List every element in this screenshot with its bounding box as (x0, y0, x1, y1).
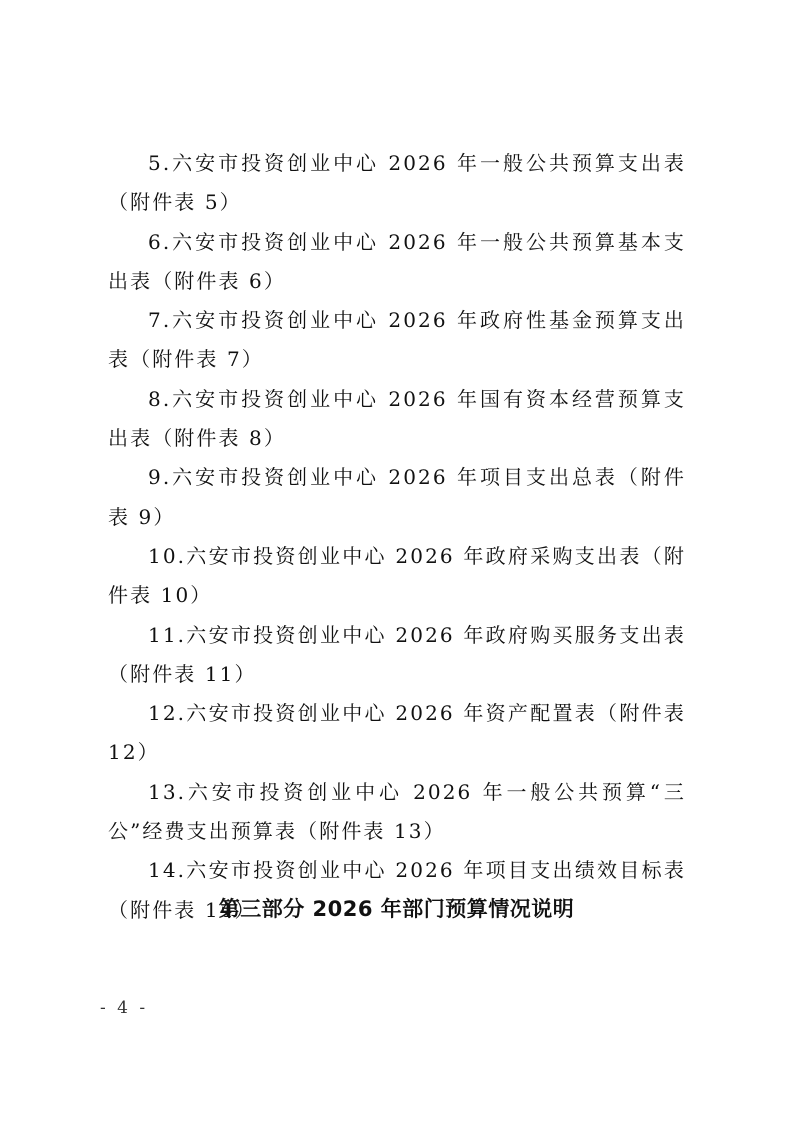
attachment-list: 5.六安市投资创业中心 2026 年一般公共预算支出表（附件表 5） 6.六安市… (108, 144, 686, 930)
list-item: 11.六安市投资创业中心 2026 年政府购买服务支出表（附件表 11） (108, 616, 686, 695)
list-item: 8.六安市投资创业中心 2026 年国有资本经营预算支出表（附件表 8） (108, 380, 686, 459)
list-item: 12.六安市投资创业中心 2026 年资产配置表（附件表 12） (108, 694, 686, 773)
section-heading: 第三部分 2026 年部门预算情况说明 (0, 893, 793, 923)
list-item: 5.六安市投资创业中心 2026 年一般公共预算支出表（附件表 5） (108, 144, 686, 223)
list-item: 10.六安市投资创业中心 2026 年政府采购支出表（附件表 10） (108, 537, 686, 616)
document-page: 5.六安市投资创业中心 2026 年一般公共预算支出表（附件表 5） 6.六安市… (0, 0, 793, 1122)
list-item: 9.六安市投资创业中心 2026 年项目支出总表（附件表 9） (108, 458, 686, 537)
list-item: 6.六安市投资创业中心 2026 年一般公共预算基本支出表（附件表 6） (108, 223, 686, 302)
list-item: 7.六安市投资创业中心 2026 年政府性基金预算支出表（附件表 7） (108, 301, 686, 380)
list-item: 13.六安市投资创业中心 2026 年一般公共预算“三公”经费支出预算表（附件表… (108, 773, 686, 852)
page-number: - 4 - (100, 998, 148, 1018)
